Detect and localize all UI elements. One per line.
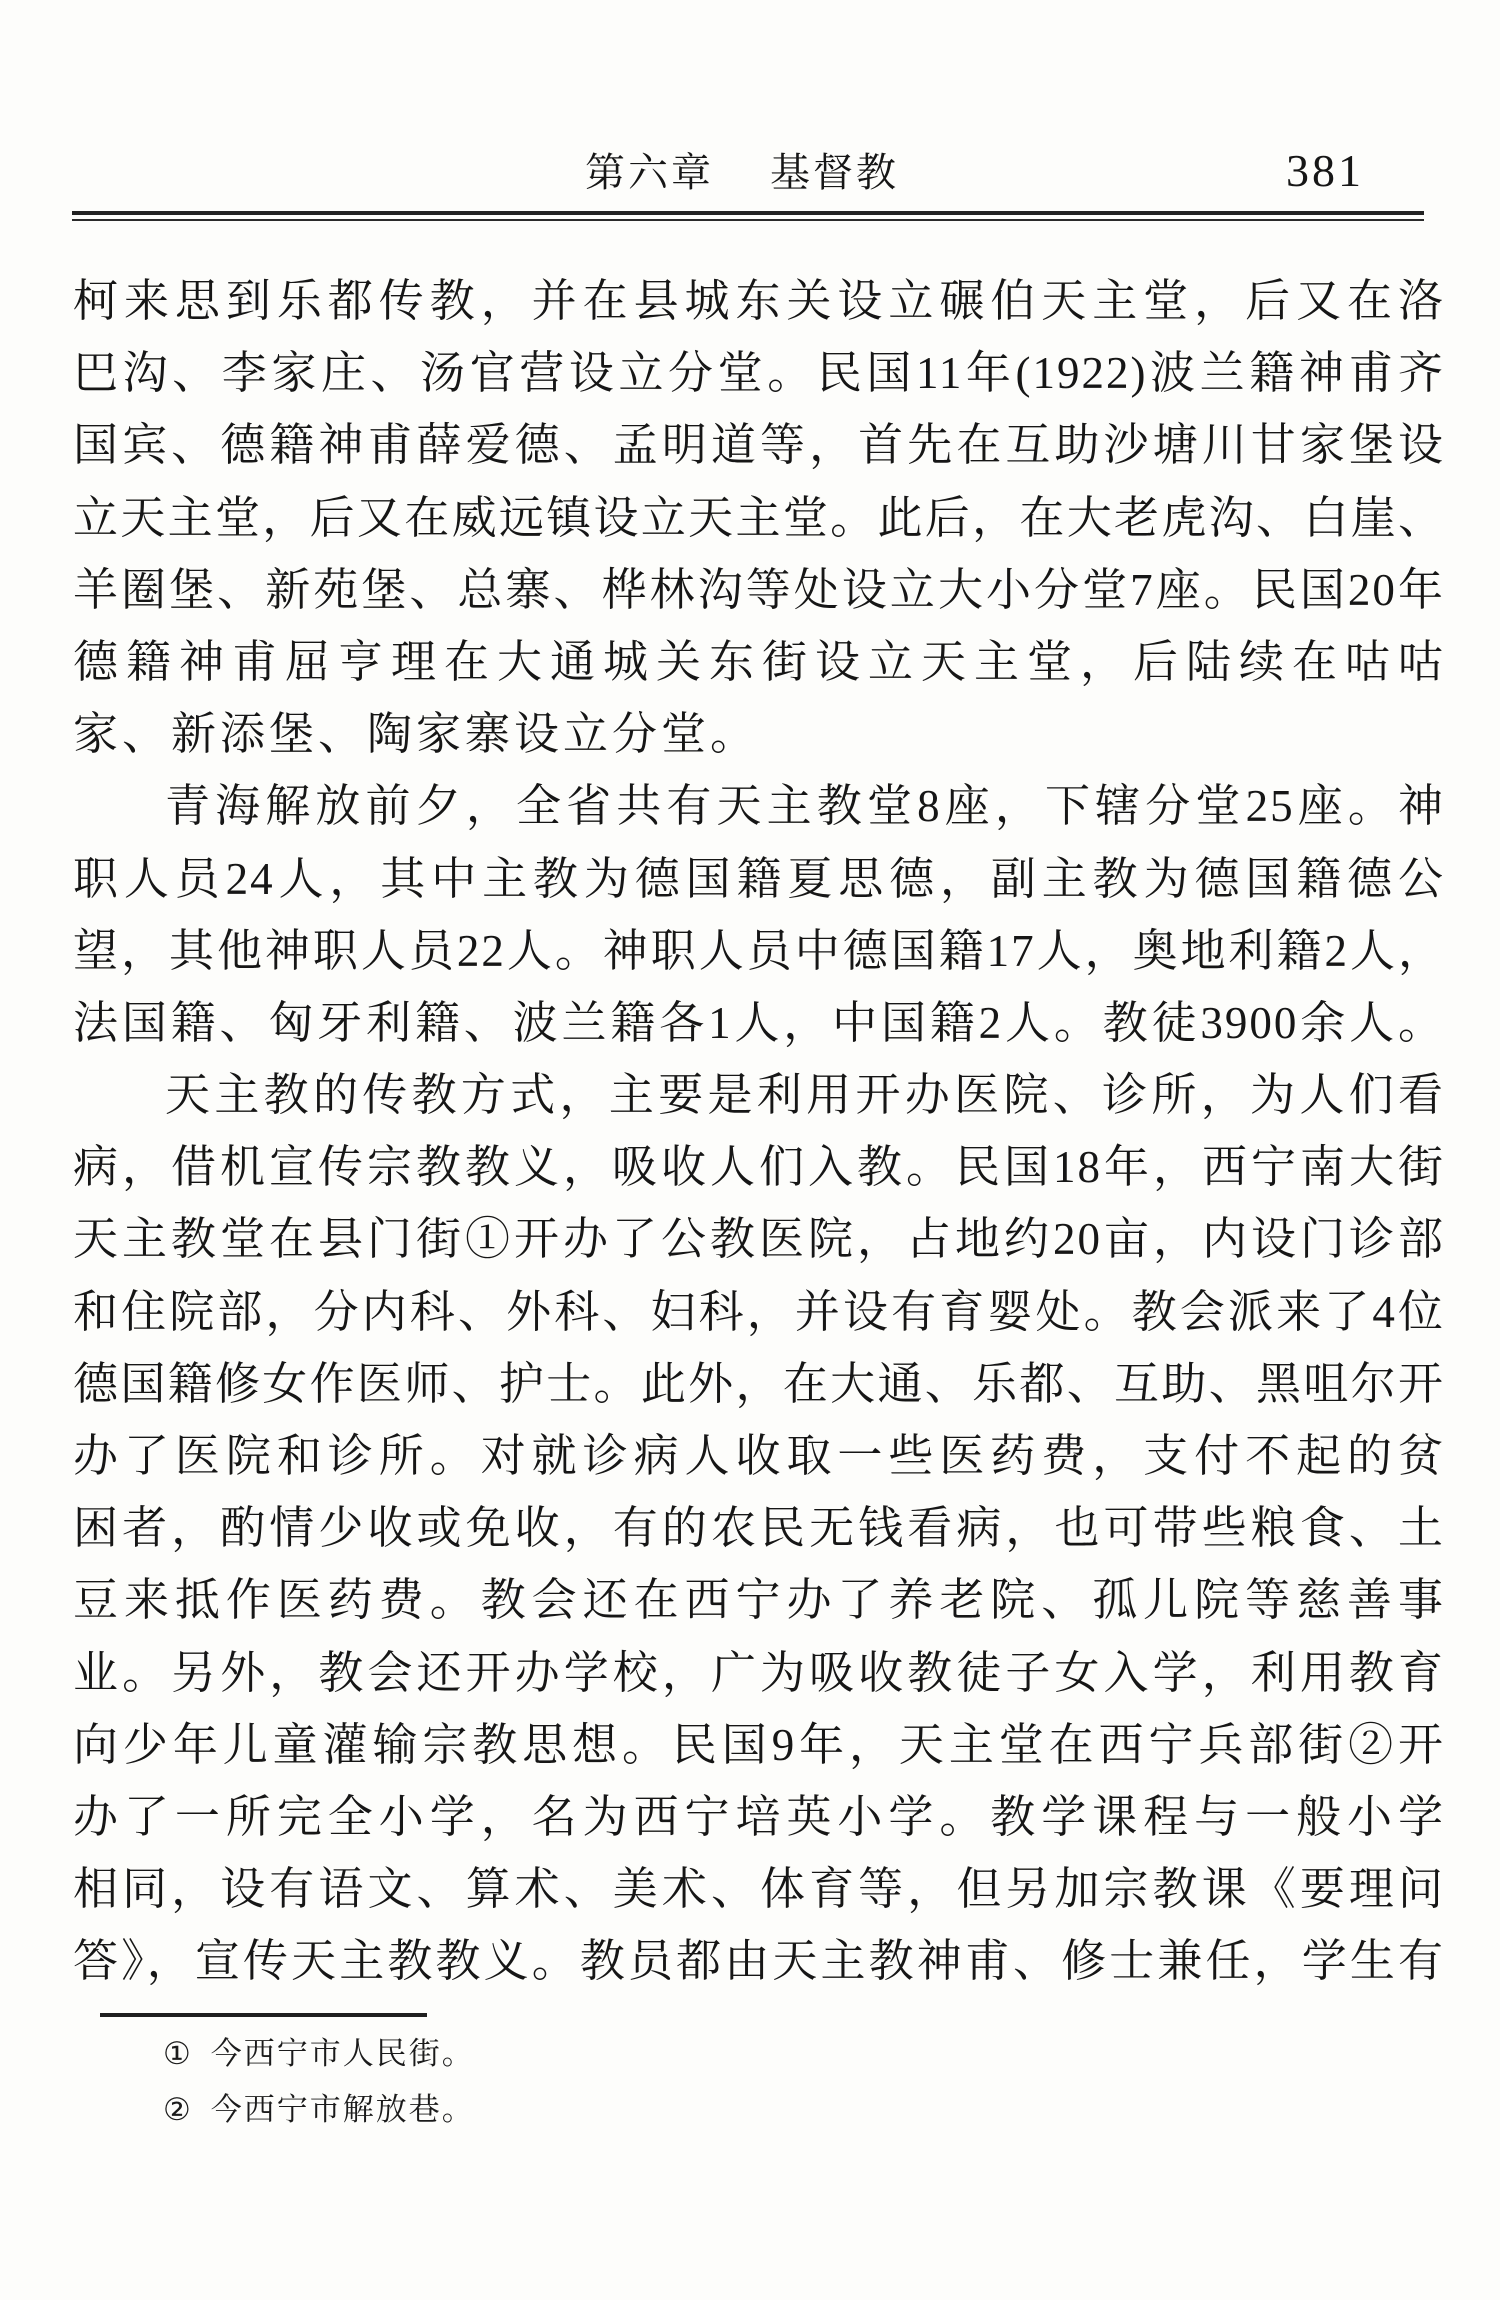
text-line: 职人员24人，其中主教为德国籍夏思德，副主教为德国籍德公 (73, 843, 1445, 915)
footnote-separator-rule (100, 2013, 427, 2017)
text-line-paragraph-end: 家、新添堡、陶家寨设立分堂。 (73, 698, 1445, 770)
footnote-1-marker: ① (163, 2034, 193, 2074)
text-line: 业。另外，教会还开办学校，广为吸收教徒子女入学，利用教育 (73, 1637, 1445, 1709)
text-line: 豆来抵作医药费。教会还在西宁办了养老院、孤儿院等慈善事 (73, 1564, 1445, 1636)
page-number: 381 (1286, 146, 1364, 196)
text-line-paragraph-start: 青海解放前夕，全省共有天主教堂8座，下辖分堂25座。神 (73, 770, 1445, 842)
text-line: 相同，设有语文、算术、美术、体育等，但另加宗教课《要理问 (73, 1853, 1445, 1925)
text-line: 办了一所完全小学，名为西宁培英小学。教学课程与一般小学 (73, 1781, 1445, 1853)
text-line: 向少年儿童灌输宗教思想。民国9年，天主堂在西宁兵部街②开 (73, 1709, 1445, 1781)
text-line: 国宾、德籍神甫薛爱德、孟明道等，首先在互助沙塘川甘家堡设 (73, 409, 1445, 481)
text-line: 法国籍、匈牙利籍、波兰籍各1人，中国籍2人。教徒3900余人。 (73, 987, 1445, 1059)
footnote-1-text: 今西宁市人民街。 (211, 2036, 475, 2071)
text-line: 病，借机宣传宗教教义，吸收人们入教。民国18年，西宁南大街 (73, 1131, 1445, 1203)
text-line: 立天主堂，后又在威远镇设立天主堂。此后，在大老虎沟、白崖、 (73, 482, 1445, 554)
footnote-1: ①今西宁市人民街。 (163, 2034, 475, 2074)
text-line-paragraph-start: 天主教的传教方式，主要是利用开办医院、诊所，为人们看 (73, 1059, 1445, 1131)
book-page: 第六章基督教 381 柯来思到乐都传教，并在县城东关设立碾伯天主堂，后又在洛 巴… (0, 0, 1500, 2300)
text-line: 巴沟、李家庄、汤官营设立分堂。民国11年(1922)波兰籍神甫齐 (73, 337, 1445, 409)
section-title: 基督教 (770, 150, 899, 195)
text-line: 天主教堂在县门街①开办了公教医院，占地约20亩，内设门诊部 (73, 1203, 1445, 1275)
text-line: 望，其他神职人员22人。神职人员中德国籍17人，奥地利籍2人， (73, 915, 1445, 987)
chapter-label: 第六章 (585, 150, 714, 195)
footnote-2: ②今西宁市解放巷。 (163, 2090, 475, 2130)
header-rule-top (72, 211, 1424, 215)
body-text: 柯来思到乐都传教，并在县城东关设立碾伯天主堂，后又在洛 巴沟、李家庄、汤官营设立… (73, 265, 1445, 1998)
text-line: 办了医院和诊所。对就诊病人收取一些医药费，支付不起的贫 (73, 1420, 1445, 1492)
text-line: 柯来思到乐都传教，并在县城东关设立碾伯天主堂，后又在洛 (73, 265, 1445, 337)
text-line: 德国籍修女作医师、护士。此外，在大通、乐都、互助、黑咀尔开 (73, 1348, 1445, 1420)
text-line: 困者，酌情少收或免收，有的农民无钱看病，也可带些粮食、土 (73, 1492, 1445, 1564)
footnote-2-marker: ② (163, 2090, 193, 2130)
text-line: 和住院部，分内科、外科、妇科，并设有育婴处。教会派来了4位 (73, 1276, 1445, 1348)
text-line: 德籍神甫屈亨理在大通城关东街设立天主堂，后陆续在咕咕 (73, 626, 1445, 698)
running-head: 第六章基督教 (585, 150, 899, 196)
text-line: 答》，宣传天主教教义。教员都由天主教神甫、修士兼任，学生有 (73, 1925, 1445, 1997)
footnote-2-text: 今西宁市解放巷。 (211, 2092, 475, 2127)
text-line: 羊圈堡、新苑堡、总寨、桦林沟等处设立大小分堂7座。民国20年 (73, 554, 1445, 626)
header-rule-bottom (72, 219, 1424, 221)
